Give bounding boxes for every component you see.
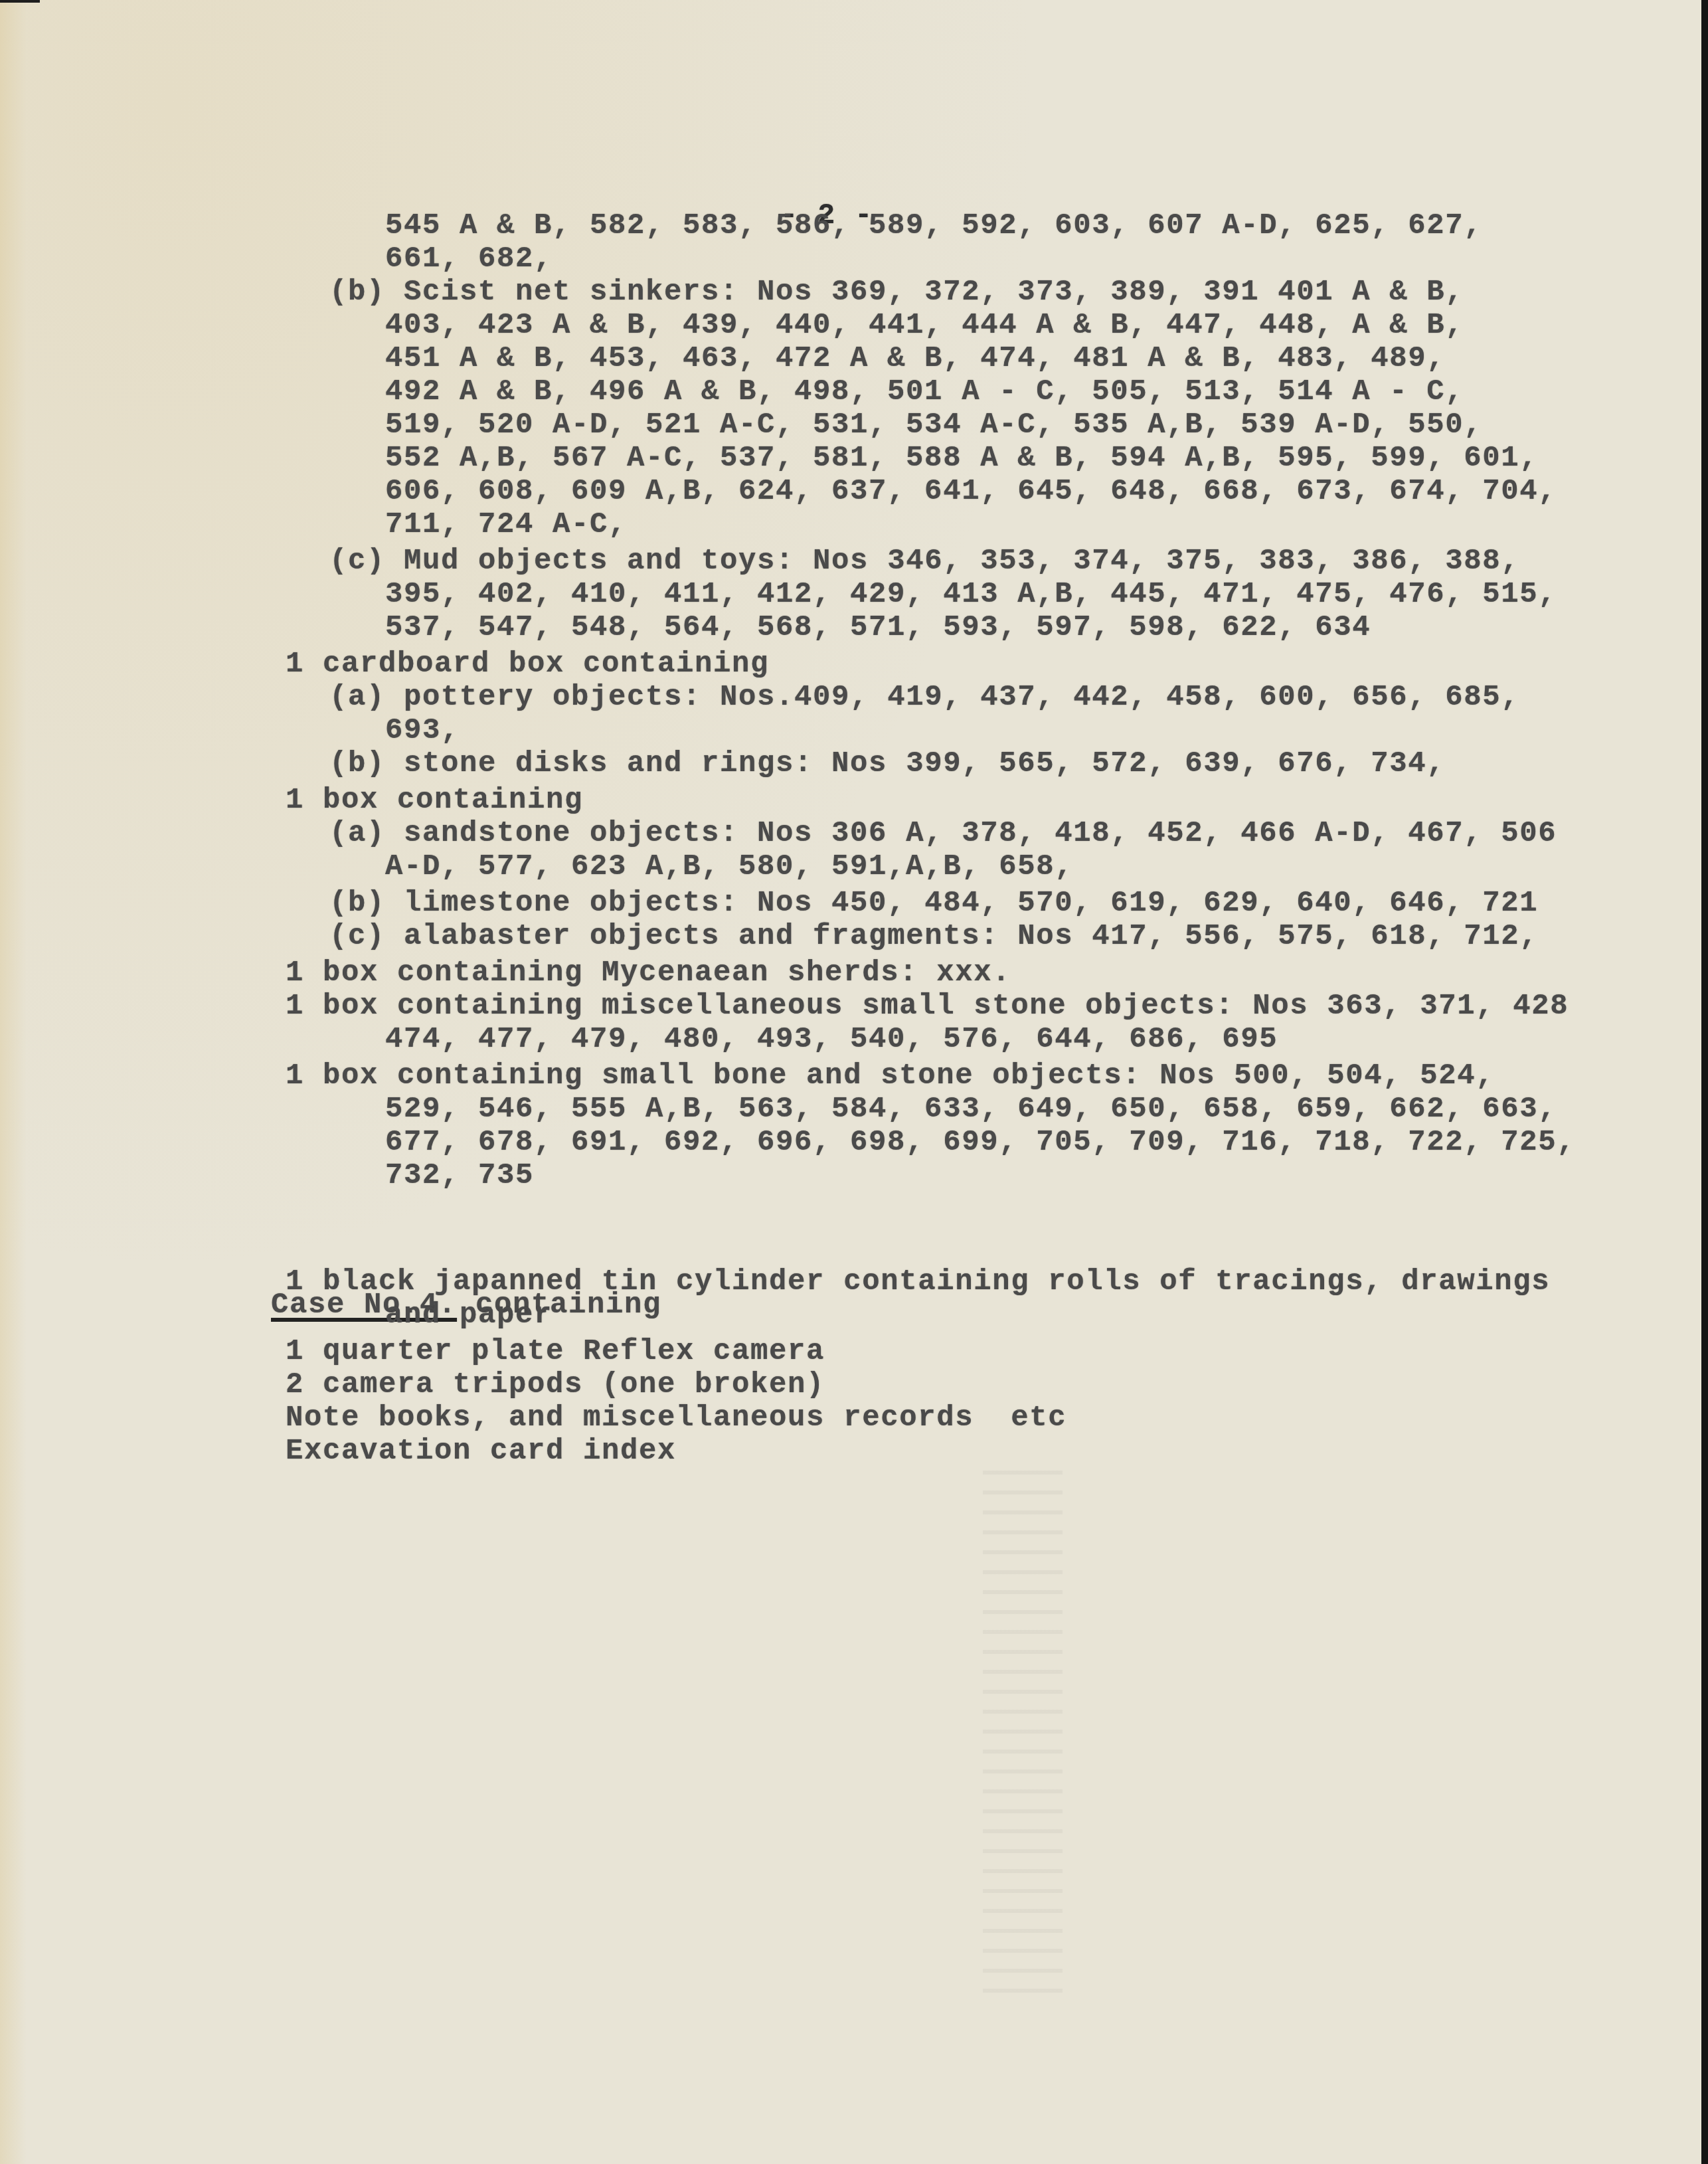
inventory-line: 1 box containing bbox=[286, 784, 583, 817]
inventory-line: 1 cardboard box containing bbox=[286, 648, 769, 681]
case-item-line: 1 quarter plate Reflex camera bbox=[286, 1335, 825, 1368]
inventory-line: 661, 682, bbox=[385, 242, 553, 276]
inventory-line: A-D, 577, 623 A,B, 580, 591,A,B, 658, bbox=[385, 850, 1073, 883]
inventory-line: (b) stone disks and rings: Nos 399, 565,… bbox=[329, 747, 1445, 780]
inventory-line: (c) Mud objects and toys: Nos 346, 353, … bbox=[329, 545, 1519, 578]
case-item-line: Note books, and miscellaneous records et… bbox=[286, 1401, 1067, 1435]
inventory-line: 529, 546, 555 A,B, 563, 584, 633, 649, 6… bbox=[385, 1093, 1557, 1126]
inventory-line: (b) limestone objects: Nos 450, 484, 570… bbox=[329, 887, 1538, 920]
inventory-line: 552 A,B, 567 A-C, 537, 581, 588 A & B, 5… bbox=[385, 442, 1538, 475]
inventory-line: 1 box containing small bone and stone ob… bbox=[286, 1059, 1494, 1093]
inventory-line: 711, 724 A-C, bbox=[385, 508, 627, 541]
inventory-line: 395, 402, 410, 411, 412, 429, 413 A,B, 4… bbox=[385, 578, 1557, 611]
inventory-line: 1 box containing miscellaneous small sto… bbox=[286, 990, 1569, 1023]
case-item-line: 2 camera tripods (one broken) bbox=[286, 1368, 825, 1401]
inventory-line: 451 A & B, 453, 463, 472 A & B, 474, 481… bbox=[385, 342, 1445, 375]
case-item-line: Excavation card index bbox=[286, 1435, 676, 1468]
inventory-line: (a) pottery objects: Nos.409, 419, 437, … bbox=[329, 681, 1519, 714]
inventory-line: 545 A & B, 582, 583, 586, 589, 592, 603,… bbox=[385, 209, 1482, 242]
inventory-line: 403, 423 A & B, 439, 440, 441, 444 A & B… bbox=[385, 309, 1464, 342]
inventory-line: 492 A & B, 496 A & B, 498, 501 A - C, 50… bbox=[385, 375, 1464, 408]
inventory-line: 537, 547, 548, 564, 568, 571, 593, 597, … bbox=[385, 611, 1371, 644]
watermark-shadow bbox=[983, 1461, 1063, 1993]
inventory-line: 474, 477, 479, 480, 493, 540, 576, 644, … bbox=[385, 1023, 1278, 1056]
case-item-line: and paper bbox=[385, 1299, 553, 1332]
inventory-line: (a) sandstone objects: Nos 306 A, 378, 4… bbox=[329, 817, 1557, 850]
inventory-line: 606, 608, 609 A,B, 624, 637, 641, 645, 6… bbox=[385, 475, 1557, 508]
inventory-line: (c) alabaster objects and fragments: Nos… bbox=[329, 920, 1538, 953]
inventory-line: 677, 678, 691, 692, 696, 698, 699, 705, … bbox=[385, 1126, 1575, 1159]
inventory-line: (b) Scist net sinkers: Nos 369, 372, 373… bbox=[329, 276, 1464, 309]
scan-edge-top bbox=[0, 0, 40, 3]
case-item-line: 1 black japanned tin cylinder containing… bbox=[286, 1265, 1550, 1299]
inventory-line: 1 box containing Mycenaean sherds: xxx. bbox=[286, 956, 1011, 990]
inventory-line: 732, 735 bbox=[385, 1159, 534, 1192]
paper-page: - 2 - 545 A & B, 582, 583, 586, 589, 592… bbox=[0, 0, 1701, 2164]
inventory-line: 519, 520 A-D, 521 A-C, 531, 534 A-C, 535… bbox=[385, 408, 1482, 442]
scan-edge-right bbox=[1701, 0, 1708, 2164]
inventory-line: 693, bbox=[385, 714, 460, 747]
